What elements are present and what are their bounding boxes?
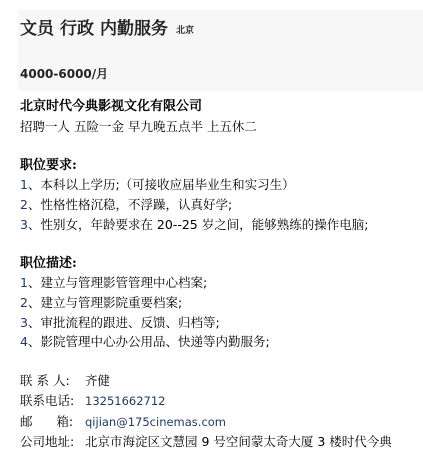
job-title-word: 行政 bbox=[60, 19, 94, 39]
job-title: 文员行政内勤服务北京 bbox=[20, 17, 194, 43]
contact-phone[interactable]: 13251662712 bbox=[85, 394, 165, 408]
item-text: 、性格性格沉稳，不浮躁，认真好学; bbox=[28, 197, 232, 212]
spacer bbox=[20, 234, 420, 254]
contact-address: 北京市海淀区文慧园 9 号空间蒙太奇大厦 3 楼时代今典 bbox=[85, 434, 392, 449]
item-number: 3 bbox=[20, 217, 28, 232]
job-title-word: 文员 bbox=[20, 19, 54, 39]
job-salary: 4000-6000/月 bbox=[20, 66, 108, 82]
description-heading: 职位描述: bbox=[20, 254, 420, 274]
spacer bbox=[20, 352, 420, 372]
job-city: 北京 bbox=[176, 26, 194, 36]
contact-person: 齐健 bbox=[85, 373, 110, 388]
requirement-item: 2、性格性格沉稳，不浮躁，认真好学; bbox=[20, 195, 420, 215]
item-number: 4 bbox=[20, 334, 28, 349]
requirement-item: 1、本科以上学历;（可接收应届毕业生和实习生） bbox=[20, 175, 420, 195]
contact-person-row: 联 系 人:齐健 bbox=[20, 371, 420, 391]
item-text: 、建立与管理影院重要档案; bbox=[28, 295, 182, 310]
job-details: 北京时代今典影视文化有限公司 招聘一人 五险一金 早九晚五点半 上五休二 职位要… bbox=[20, 97, 420, 452]
item-number: 3 bbox=[20, 315, 28, 330]
contact-address-label: 公司地址: bbox=[20, 432, 85, 452]
item-text: 、本科以上学历;（可接收应届毕业生和实习生） bbox=[28, 177, 295, 192]
requirement-item: 3、性别女，年龄要求在 20--25 岁之间，能够熟练的操作电脑; bbox=[20, 215, 420, 235]
item-number: 1 bbox=[20, 275, 28, 290]
item-number: 1 bbox=[20, 177, 28, 192]
contact-email[interactable]: qijian@175cinemas.com bbox=[85, 415, 226, 429]
job-header: 文员行政内勤服务北京 4000-6000/月 bbox=[18, 10, 423, 91]
item-number: 2 bbox=[20, 197, 28, 212]
contact-phone-label: 联系电话: bbox=[20, 391, 85, 411]
description-item: 4、影院管理中心办公用品、快递等内勤服务; bbox=[20, 332, 420, 352]
company-benefits: 招聘一人 五险一金 早九晚五点半 上五休二 bbox=[20, 117, 420, 137]
requirements-heading: 职位要求: bbox=[20, 156, 420, 176]
contact-address-row: 公司地址:北京市海淀区文慧园 9 号空间蒙太奇大厦 3 楼时代今典 bbox=[20, 432, 420, 452]
item-text: 、性别女，年龄要求在 20--25 岁之间，能够熟练的操作电脑; bbox=[28, 217, 369, 232]
description-item: 3、审批流程的跟进、反馈、归档等; bbox=[20, 313, 420, 333]
item-number: 2 bbox=[20, 295, 28, 310]
spacer bbox=[20, 136, 420, 156]
item-text: 、建立与管理影管管理中心档案; bbox=[28, 275, 207, 290]
contact-phone-row: 联系电话:13251662712 bbox=[20, 391, 420, 412]
contact-person-label: 联 系 人: bbox=[20, 371, 85, 391]
contact-email-label: 邮 箱: bbox=[20, 412, 85, 432]
item-text: 、审批流程的跟进、反馈、归档等; bbox=[28, 315, 220, 330]
contact-email-row: 邮 箱:qijian@175cinemas.com bbox=[20, 412, 420, 433]
company-name: 北京时代今典影视文化有限公司 bbox=[20, 97, 420, 117]
job-title-word: 内勤服务 bbox=[100, 19, 168, 39]
description-item: 2、建立与管理影院重要档案; bbox=[20, 293, 420, 313]
description-item: 1、建立与管理影管管理中心档案; bbox=[20, 273, 420, 293]
item-text: 、影院管理中心办公用品、快递等内勤服务; bbox=[28, 334, 270, 349]
